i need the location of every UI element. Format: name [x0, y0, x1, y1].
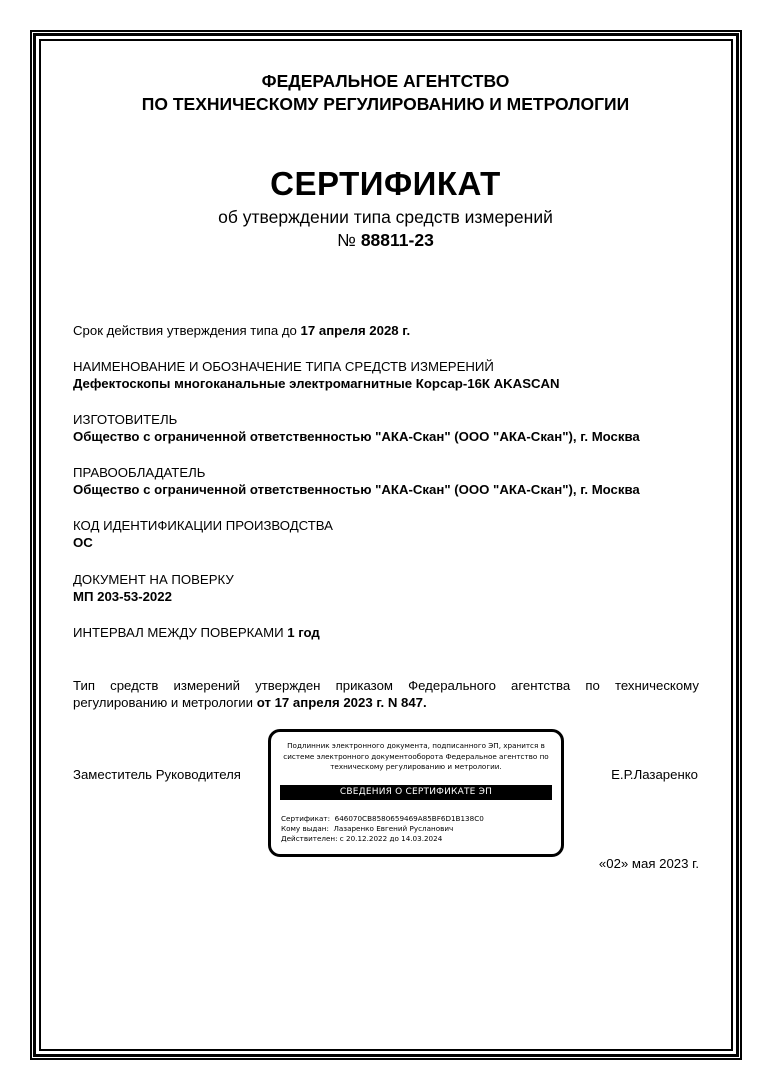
section-verification-document: ДОКУМЕНТ НА ПОВЕРКУ МП 203-53-2022: [73, 571, 699, 605]
section-manufacturer: ИЗГОТОВИТЕЛЬ Общество с ограниченной отв…: [73, 411, 699, 445]
section-verification-interval: ИНТЕРВАЛ МЕЖДУ ПОВЕРКАМИ 1 год: [73, 624, 699, 641]
electronic-signature-stamp: Подлинник электронного документа, подпис…: [268, 729, 564, 857]
signer-name: Е.Р.Лазаренко: [611, 766, 698, 783]
document-subtitle: об утверждении типа средств измерений: [0, 206, 771, 228]
signer-role: Заместитель Руководителя: [73, 766, 241, 783]
validity-line: Срок действия утверждения типа до 17 апр…: [73, 322, 699, 339]
section-value: 1 год: [287, 625, 320, 640]
order-reference: от 17 апреля 2023 г. N 847.: [257, 695, 427, 710]
stamp-certificate-row: Сертификат: 646070CB8580659469A85BF6D1B1…: [281, 814, 484, 824]
section-label: ПРАВООБЛАДАТЕЛЬ: [73, 464, 699, 481]
document-title: СЕРТИФИКАТ: [0, 164, 771, 204]
section-value: Дефектоскопы многоканальные электромагни…: [73, 375, 699, 392]
section-value: МП 203-53-2022: [73, 588, 699, 605]
stamp-valid-value: с 20.12.2022 до 14.03.2024: [340, 834, 442, 843]
validity-label: Срок действия утверждения типа до: [73, 323, 297, 338]
validity-date: 17 апреля 2028 г.: [301, 323, 411, 338]
agency-header: ФЕДЕРАЛЬНОЕ АГЕНТСТВО ПО ТЕХНИЧЕСКОМУ РЕ…: [0, 70, 771, 116]
stamp-banner: СВЕДЕНИЯ О СЕРТИФИКАТЕ ЭП: [280, 785, 552, 800]
section-type-name: НАИМЕНОВАНИЕ И ОБОЗНАЧЕНИЕ ТИПА СРЕДСТВ …: [73, 358, 699, 392]
section-value: ОС: [73, 534, 699, 551]
section-rights-holder: ПРАВООБЛАДАТЕЛЬ Общество с ограниченной …: [73, 464, 699, 498]
stamp-issued-to-label: Кому выдан:: [281, 824, 329, 834]
stamp-valid-label: Действителен:: [281, 834, 338, 844]
stamp-issued-to-row: Кому выдан: Лазаренко Евгений Русланович: [281, 824, 484, 834]
stamp-note: Подлинник электронного документа, подпис…: [281, 741, 551, 773]
approval-order-paragraph: Тип средств измерений утвержден приказом…: [73, 677, 699, 711]
section-value: Общество с ограниченной ответственностью…: [73, 481, 699, 498]
section-label: КОД ИДЕНТИФИКАЦИИ ПРОИЗВОДСТВА: [73, 517, 699, 534]
agency-line-2: ПО ТЕХНИЧЕСКОМУ РЕГУЛИРОВАНИЮ И МЕТРОЛОГ…: [0, 93, 771, 116]
section-production-code: КОД ИДЕНТИФИКАЦИИ ПРОИЗВОДСТВА ОС: [73, 517, 699, 551]
stamp-valid-row: Действителен: с 20.12.2022 до 14.03.2024: [281, 834, 484, 844]
section-label: НАИМЕНОВАНИЕ И ОБОЗНАЧЕНИЕ ТИПА СРЕДСТВ …: [73, 358, 699, 375]
signature-date: «02» мая 2023 г.: [599, 855, 699, 872]
stamp-certificate-value: 646070CB8580659469A85BF6D1B138C0: [335, 814, 484, 823]
number-sign: №: [337, 230, 356, 250]
certificate-number-value: 88811-23: [361, 230, 434, 250]
section-value: Общество с ограниченной ответственностью…: [73, 428, 699, 445]
agency-line-1: ФЕДЕРАЛЬНОЕ АГЕНТСТВО: [0, 70, 771, 93]
stamp-certificate-label: Сертификат:: [281, 814, 330, 824]
section-label: ДОКУМЕНТ НА ПОВЕРКУ: [73, 571, 699, 588]
certificate-number: № 88811-23: [0, 229, 771, 251]
stamp-issued-to-value: Лазаренко Евгений Русланович: [333, 824, 453, 833]
section-label: ИНТЕРВАЛ МЕЖДУ ПОВЕРКАМИ: [73, 625, 284, 640]
section-label: ИЗГОТОВИТЕЛЬ: [73, 411, 699, 428]
stamp-details: Сертификат: 646070CB8580659469A85BF6D1B1…: [281, 814, 484, 844]
